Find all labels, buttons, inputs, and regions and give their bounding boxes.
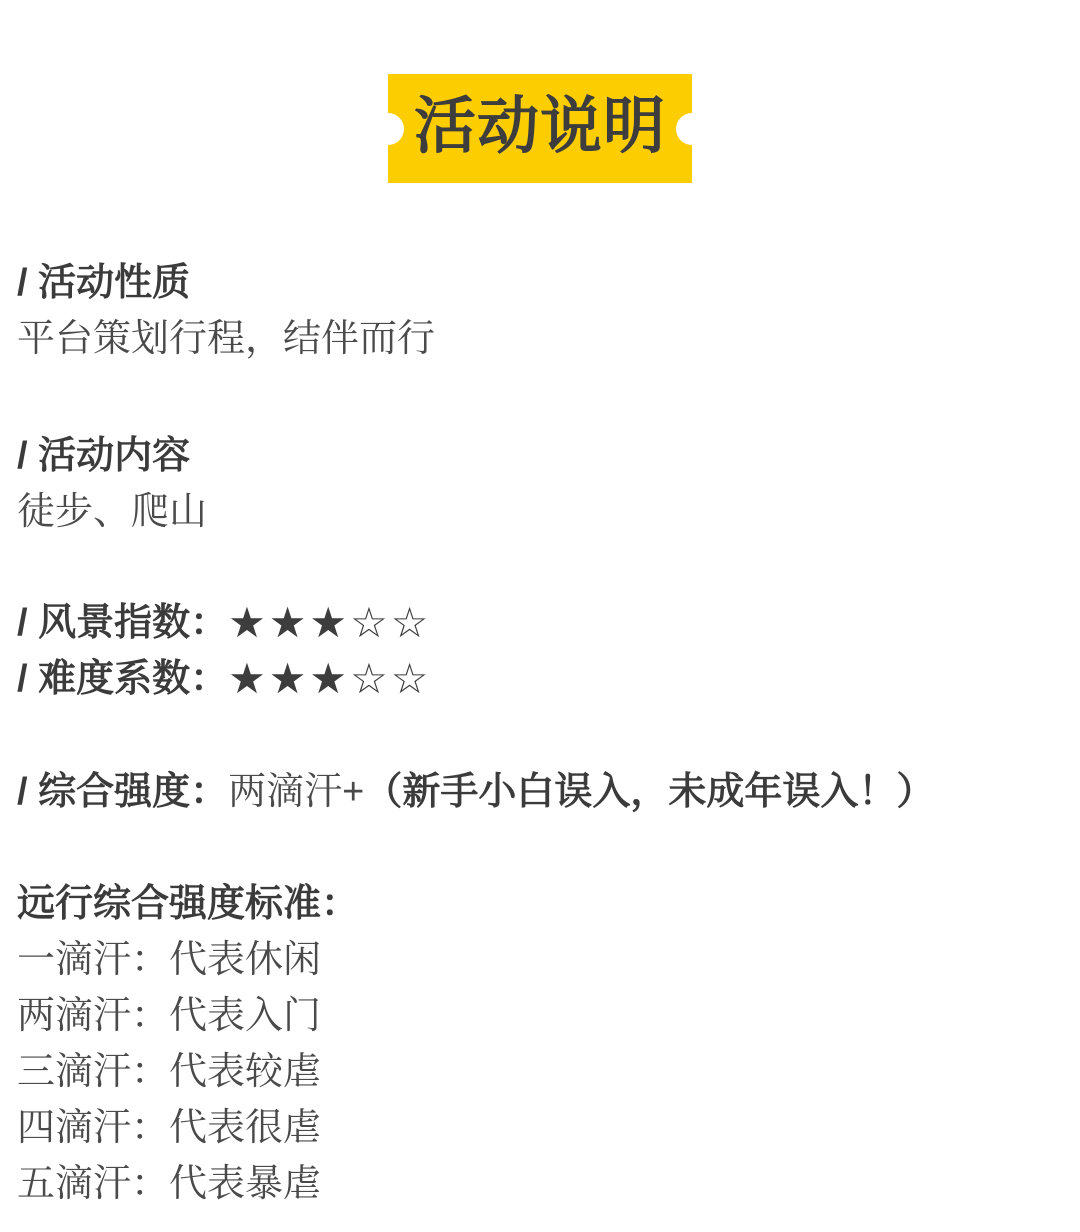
ticket-notch-left-icon [372, 113, 404, 145]
overall-intensity-value: 两滴汗+ [228, 771, 364, 813]
difficulty-rating-stars: ★★★☆☆ [228, 654, 431, 703]
section-intensity-scale: 远行综合强度标准： 一滴汗：代表休闲 两滴汗：代表入门 三滴汗：代表较虐 四滴汗… [17, 876, 1063, 1212]
difficulty-rating-line: / 难度系数：★★★☆☆ [17, 651, 1063, 707]
section-activity-nature: / 活动性质 平台策划行程，结伴而行 [17, 255, 1063, 367]
activity-nature-heading: / 活动性质 [17, 255, 1063, 311]
scenery-rating-label: / 风景指数： [17, 602, 228, 644]
intensity-scale-item: 五滴汗：代表暴虐 [17, 1156, 1063, 1212]
intensity-scale-item: 两滴汗：代表入门 [17, 988, 1063, 1044]
activity-content-body: 徒步、爬山 [17, 484, 1063, 540]
overall-intensity-label: / 综合强度： [17, 771, 228, 813]
section-overall-intensity: / 综合强度：两滴汗+（新手小白误入，未成年误入！） [17, 764, 1063, 820]
title-ticket-badge: 活动说明 [388, 74, 692, 183]
intensity-scale-item: 一滴汗：代表休闲 [17, 932, 1063, 988]
overall-intensity-warning: （新手小白误入，未成年误入！） [364, 771, 934, 813]
intensity-scale-item: 三滴汗：代表较虐 [17, 1044, 1063, 1100]
scenery-rating-line: / 风景指数：★★★☆☆ [17, 595, 1063, 651]
scenery-rating-stars: ★★★☆☆ [228, 598, 431, 647]
poster-content: / 活动性质 平台策划行程，结伴而行 / 活动内容 徒步、爬山 / 风景指数：★… [0, 255, 1080, 1212]
activity-content-heading: / 活动内容 [17, 428, 1063, 484]
section-ratings: / 风景指数：★★★☆☆ / 难度系数：★★★☆☆ [17, 595, 1063, 707]
title-badge-row: 活动说明 [0, 0, 1080, 183]
activity-nature-body: 平台策划行程，结伴而行 [17, 311, 1063, 367]
section-activity-content: / 活动内容 徒步、爬山 [17, 428, 1063, 540]
intensity-scale-item: 四滴汗：代表很虐 [17, 1100, 1063, 1156]
activity-description-poster: 活动说明 / 活动性质 平台策划行程，结伴而行 / 活动内容 徒步、爬山 / 风… [0, 0, 1080, 1232]
intensity-scale-heading: 远行综合强度标准： [17, 876, 1063, 932]
overall-intensity-line: / 综合强度：两滴汗+（新手小白误入，未成年误入！） [17, 764, 1063, 820]
difficulty-rating-label: / 难度系数： [17, 658, 228, 700]
page-title: 活动说明 [414, 96, 666, 162]
ticket-notch-right-icon [676, 113, 708, 145]
